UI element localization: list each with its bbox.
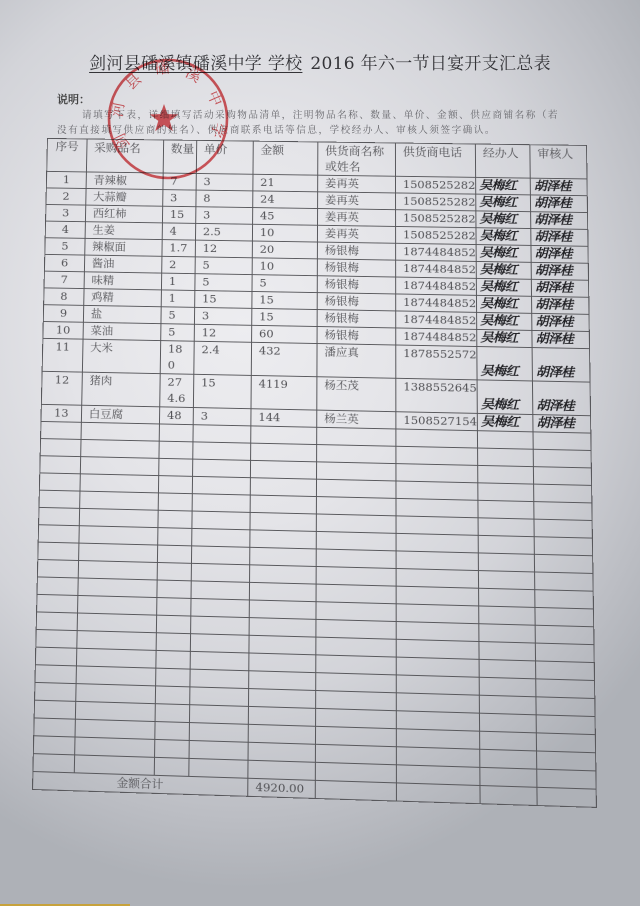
empty-cell <box>316 708 397 728</box>
empty-cell <box>40 439 81 457</box>
amount: 10 <box>252 224 317 242</box>
empty-cell <box>159 441 193 459</box>
supplier-name: 杨银梅 <box>317 327 396 345</box>
empty-cell <box>80 474 159 493</box>
supplier-phone: 13885526450 <box>396 378 477 413</box>
empty-cell <box>535 643 594 663</box>
quantity: 1.7 <box>162 240 196 257</box>
unit-price: 3 <box>196 173 253 190</box>
reviewer-signature: 胡泽桂 <box>530 195 587 213</box>
quantity: 7 <box>163 173 196 190</box>
supplier-name: 杨丕茂 <box>317 377 396 412</box>
empty-cell <box>77 613 156 633</box>
empty-cell <box>250 565 317 584</box>
supplier-phone: 18744848522 <box>396 277 477 295</box>
empty-cell <box>396 464 478 483</box>
empty-cell <box>192 476 250 495</box>
empty-cell <box>35 665 76 684</box>
empty-cell <box>79 543 158 562</box>
item-name: 味精 <box>84 272 162 290</box>
empty-cell <box>191 563 249 582</box>
reviewer-signature: 胡泽桂 <box>531 229 588 247</box>
supplier-phone: 18744848522 <box>396 311 477 329</box>
reviewer-signature: 胡泽桂 <box>531 212 588 230</box>
empty-cell <box>316 584 396 604</box>
unit-price: 12 <box>195 240 252 258</box>
row-number: 7 <box>44 271 84 288</box>
unit-price: 2.4 <box>194 341 252 375</box>
amount: 10 <box>252 258 317 276</box>
empty-cell <box>39 490 80 508</box>
empty-cell <box>189 723 248 743</box>
amount: 60 <box>252 325 318 343</box>
amount: 24 <box>253 191 318 209</box>
item-name: 青辣椒 <box>86 172 163 190</box>
empty-cell <box>479 588 535 607</box>
empty-cell <box>316 514 396 533</box>
empty-cell <box>396 783 480 804</box>
empty-cell <box>154 757 189 776</box>
empty-cell <box>157 580 191 598</box>
item-name: 菜油 <box>83 322 161 340</box>
empty-cell <box>480 767 537 787</box>
empty-cell <box>396 498 478 517</box>
empty-cell <box>536 715 595 735</box>
unit-price: 3 <box>196 207 253 225</box>
empty-cell <box>193 442 251 461</box>
empty-cell <box>190 669 249 688</box>
empty-cell <box>479 642 536 661</box>
empty-cell <box>534 537 592 556</box>
amount: 15 <box>252 308 317 326</box>
supplier-phone: 18744848522 <box>396 243 477 261</box>
row-number: 9 <box>43 305 83 323</box>
empty-cell <box>396 533 478 553</box>
unit-price: 2.5 <box>195 223 252 241</box>
empty-cell <box>537 769 596 789</box>
item-name: 大米 <box>82 339 160 373</box>
empty-cell <box>189 705 248 725</box>
unit-price: 5 <box>195 257 252 275</box>
empty-cell <box>249 653 316 673</box>
item-name: 辣椒面 <box>85 238 162 256</box>
empty-cell <box>192 494 250 513</box>
empty-cell <box>249 618 316 637</box>
row-number: 10 <box>43 322 84 340</box>
empty-cell <box>33 736 75 755</box>
empty-cell <box>316 619 396 639</box>
empty-cell <box>36 612 77 631</box>
empty-cell <box>189 740 248 760</box>
empty-cell <box>158 528 192 546</box>
empty-cell <box>396 429 478 448</box>
empty-cell <box>316 673 397 693</box>
empty-cell <box>478 448 534 467</box>
notes-line: 请填写下表，详细填写活动采购物品清单，注明物品名称、数量、单价、金额、供应商铺名… <box>82 107 559 121</box>
empty-cell <box>478 483 534 502</box>
empty-cell <box>536 661 595 681</box>
empty-cell <box>396 516 478 535</box>
report-title: 2016 年六一节日宴开支汇总表 <box>310 54 550 74</box>
quantity: 1 <box>161 273 195 290</box>
empty-cell <box>534 502 592 521</box>
item-name: 大蒜瓣 <box>86 188 163 206</box>
empty-cell <box>155 704 190 723</box>
supplier-name: 姜再英 <box>317 225 395 243</box>
supplier-name: 姜再英 <box>318 192 396 210</box>
empty-cell <box>396 446 478 465</box>
empty-cell <box>536 697 595 717</box>
supplier-phone: 15085252823 <box>396 193 476 211</box>
column-header-unit-price: 单价 <box>196 140 253 174</box>
reviewer-signature: 胡泽桂 <box>531 245 588 263</box>
empty-cell <box>156 633 190 652</box>
handler-signature: 吴梅红 <box>477 312 532 330</box>
empty-cell <box>156 650 191 669</box>
handler-signature: 吴梅红 <box>477 329 532 347</box>
empty-cell <box>316 549 396 569</box>
empty-cell <box>317 427 396 446</box>
empty-cell <box>39 507 80 525</box>
empty-cell <box>81 422 159 441</box>
empty-cell <box>193 459 251 478</box>
handler-signature: 吴梅红 <box>477 380 533 415</box>
empty-cell <box>478 571 534 590</box>
empty-cell <box>193 425 251 443</box>
empty-cell <box>191 616 250 635</box>
quantity: 1 <box>161 290 195 307</box>
empty-cell <box>479 624 536 643</box>
supplier-name: 杨银梅 <box>317 310 396 328</box>
empty-cell <box>35 647 76 666</box>
empty-cell <box>316 655 397 675</box>
empty-cell <box>33 754 75 773</box>
quantity: 274.6 <box>160 374 194 408</box>
empty-cell <box>250 512 316 531</box>
row-number: 8 <box>44 288 84 306</box>
column-header-amount: 金额 <box>253 141 318 175</box>
quantity: 3 <box>163 190 196 207</box>
unit-price: 15 <box>195 290 252 308</box>
row-number: 3 <box>46 204 86 221</box>
empty-cell <box>250 478 316 497</box>
empty-cell <box>534 484 592 503</box>
row-number: 6 <box>44 254 84 271</box>
empty-cell <box>81 439 160 458</box>
handler-signature: 吴梅红 <box>476 278 531 296</box>
empty-cell <box>251 443 317 462</box>
handler-signature: 吴梅红 <box>476 194 531 212</box>
empty-cell <box>248 760 316 780</box>
unit-price: 3 <box>194 307 251 325</box>
empty-cell <box>316 497 396 516</box>
empty-cell <box>77 631 157 651</box>
reviewer-signature: 胡泽桂 <box>530 178 587 196</box>
empty-cell <box>75 701 155 721</box>
empty-cell <box>478 500 534 519</box>
handler-signature: 吴梅红 <box>476 295 531 313</box>
amount: 144 <box>251 409 317 428</box>
empty-cell <box>533 467 591 486</box>
empty-cell <box>37 577 78 596</box>
empty-cell <box>155 686 190 705</box>
empty-cell <box>248 724 315 744</box>
empty-cell <box>157 545 191 563</box>
column-header-supplier-name: 供货商名称或姓名 <box>318 142 396 176</box>
item-name: 盐 <box>83 305 161 323</box>
supplier-phone: 18744848522 <box>396 328 477 347</box>
quantity: 48 <box>159 407 193 425</box>
empty-cell <box>534 519 592 538</box>
notes-line: 没有直接填写供应商的姓名）、供应商联系电话等信息，学校经办人、审核人须签字确认。 <box>57 122 496 136</box>
reviewer-signature: 胡泽桂 <box>531 279 588 297</box>
handler-signature: 吴梅红 <box>477 413 533 431</box>
empty-cell <box>248 706 315 726</box>
column-header-item-name: 采购品名 <box>86 139 163 173</box>
notes-label: 说明： <box>57 91 90 107</box>
unit-price: 12 <box>194 324 251 342</box>
handler-signature: 吴梅红 <box>476 228 531 246</box>
quantity: 5 <box>161 307 195 325</box>
supplier-name: 杨银梅 <box>317 242 395 260</box>
empty-cell <box>40 456 81 474</box>
quantity: 2 <box>162 256 196 273</box>
empty-cell <box>157 598 191 616</box>
empty-cell <box>250 530 316 549</box>
empty-cell <box>478 465 534 484</box>
empty-cell <box>537 787 596 807</box>
empty-cell <box>35 682 77 701</box>
empty-cell <box>158 493 192 511</box>
empty-cell <box>396 639 479 659</box>
row-number: 12 <box>41 371 82 405</box>
amount: 432 <box>251 342 317 376</box>
amount: 21 <box>253 174 318 192</box>
empty-cell <box>396 568 478 588</box>
empty-cell <box>480 749 537 769</box>
supplier-name: 姜再英 <box>318 175 396 193</box>
empty-cell <box>315 780 396 801</box>
empty-cell <box>190 687 249 707</box>
empty-cell <box>156 668 191 687</box>
empty-cell <box>78 595 157 615</box>
empty-cell <box>396 657 479 677</box>
unit-price: 3 <box>193 408 251 426</box>
unit-price: 8 <box>196 190 253 207</box>
supplier-phone: 15085252823 <box>396 210 476 228</box>
supplier-phone: 18744848522 <box>396 260 477 278</box>
handler-signature: 吴梅红 <box>476 211 531 229</box>
empty-cell <box>159 458 193 476</box>
reviewer-signature: 胡泽桂 <box>532 296 590 314</box>
row-number: 2 <box>46 188 86 205</box>
item-name: 白豆腐 <box>81 405 159 424</box>
quantity: 5 <box>161 324 195 342</box>
quantity: 15 <box>162 206 195 223</box>
empty-cell <box>157 562 191 580</box>
empty-cell <box>479 695 536 715</box>
row-number: 13 <box>41 404 82 422</box>
item-name: 猪肉 <box>82 372 160 407</box>
empty-cell <box>249 600 316 619</box>
empty-cell <box>316 637 396 657</box>
empty-cell <box>38 525 79 543</box>
empty-cell <box>478 535 534 554</box>
supplier-phone: 15085271540 <box>396 412 478 431</box>
column-header-quantity: 数量 <box>163 140 197 174</box>
supplier-phone: 15085252823 <box>395 176 475 194</box>
empty-cell <box>396 622 479 642</box>
empty-cell <box>533 449 591 468</box>
supplier-name: 杨银梅 <box>317 293 396 311</box>
empty-cell <box>479 677 536 697</box>
reviewer-signature: 胡泽桂 <box>533 415 591 434</box>
empty-cell <box>159 424 193 442</box>
column-header-row-number: 序号 <box>47 138 87 171</box>
empty-cell <box>76 648 156 668</box>
column-header-handler-signature: 经办人 <box>475 144 530 178</box>
unit-price: 5 <box>195 274 252 292</box>
empty-cell <box>78 561 157 580</box>
amount: 15 <box>252 291 317 309</box>
empty-cell <box>316 602 396 622</box>
reviewer-signature: 胡泽桂 <box>531 262 588 280</box>
empty-cell <box>249 582 316 601</box>
empty-cell <box>535 625 594 644</box>
empty-cell <box>479 713 536 733</box>
empty-cell <box>76 684 156 704</box>
supplier-phone: 18744848522 <box>396 294 477 312</box>
supplier-phone: 18785525724 <box>396 345 477 380</box>
empty-cell <box>36 629 77 648</box>
page-title: 剑河县磻溪镇磻溪中学 学校2016 年六一节日宴开支汇总表 <box>0 49 640 74</box>
empty-cell <box>250 495 316 514</box>
empty-cell <box>34 700 76 719</box>
empty-cell <box>191 581 250 600</box>
empty-cell <box>479 606 535 625</box>
empty-cell <box>396 481 478 500</box>
expense-table: 序号采购品名数量单价金额供货商名称或姓名供货商电话经办人审核人 1青辣椒7321… <box>32 138 597 808</box>
empty-cell <box>536 679 595 699</box>
row-number: 5 <box>45 238 85 255</box>
empty-cell <box>536 733 595 753</box>
empty-cell <box>250 460 316 479</box>
row-number: 4 <box>45 221 85 238</box>
empty-cell <box>535 607 594 626</box>
empty-cell <box>191 598 250 617</box>
handler-signature: 吴梅红 <box>476 245 531 263</box>
empty-cell <box>158 476 192 494</box>
empty-cell <box>39 473 80 491</box>
empty-cell <box>316 479 396 498</box>
empty-cell <box>37 559 78 577</box>
empty-cell <box>396 604 479 624</box>
empty-cell <box>396 586 479 606</box>
amount: 4119 <box>251 375 317 410</box>
empty-cell <box>396 551 478 571</box>
quantity: 4 <box>162 223 196 240</box>
handler-signature: 吴梅红 <box>477 347 533 381</box>
empty-cell <box>78 578 157 598</box>
empty-cell <box>190 634 249 653</box>
empty-cell <box>189 758 248 778</box>
supplier-name: 杨兰英 <box>317 410 396 429</box>
supplier-name: 姜再英 <box>318 209 396 227</box>
quantity: 180 <box>160 341 194 375</box>
empty-cell <box>248 742 315 762</box>
empty-cell <box>80 491 159 510</box>
empty-cell <box>534 554 593 573</box>
supplier-name: 杨银梅 <box>317 276 395 294</box>
expense-table-wrap: 序号采购品名数量单价金额供货商名称或姓名供货商电话经办人审核人 1青辣椒7321… <box>32 138 597 808</box>
supplier-phone: 15085252823 <box>396 226 477 244</box>
item-name: 酱油 <box>84 255 162 273</box>
empty-cell <box>478 553 534 572</box>
column-header-reviewer-signature: 审核人 <box>530 145 587 179</box>
amount: 45 <box>253 208 318 226</box>
item-name: 生姜 <box>85 222 162 240</box>
empty-cell <box>249 635 316 655</box>
empty-cell <box>250 547 317 566</box>
empty-cell <box>79 508 158 527</box>
empty-cell <box>316 531 396 550</box>
empty-cell <box>191 546 249 565</box>
total-amount: 4920.00 <box>248 778 316 798</box>
row-number: 11 <box>42 338 83 372</box>
empty-cell <box>79 526 158 545</box>
empty-cell <box>156 615 190 634</box>
empty-cell <box>155 739 190 758</box>
empty-cell <box>155 722 190 741</box>
supplier-name: 潘应真 <box>317 344 396 379</box>
empty-cell <box>533 432 591 451</box>
school-name: 剑河县磻溪镇磻溪中学 学校 <box>89 54 302 74</box>
item-name: 西红柿 <box>85 205 162 223</box>
item-name: 鸡精 <box>84 289 162 307</box>
empty-cell <box>76 666 156 686</box>
empty-cell <box>480 786 537 806</box>
reviewer-signature: 胡泽桂 <box>532 330 590 348</box>
empty-cell <box>478 518 534 537</box>
empty-cell <box>158 510 192 528</box>
empty-cell <box>479 659 536 678</box>
empty-cell <box>477 431 533 450</box>
empty-cell <box>34 718 76 737</box>
document-page: 剑河县磻溪镇磻溪中学 学校2016 年六一节日宴开支汇总表 说明： 请填写下表，… <box>0 0 640 906</box>
reviewer-signature: 胡泽桂 <box>532 348 590 383</box>
row-number: 1 <box>46 171 86 188</box>
amount: 20 <box>252 241 317 259</box>
empty-cell <box>38 542 79 560</box>
empty-cell <box>37 594 78 613</box>
handler-signature: 吴梅红 <box>476 177 531 195</box>
empty-cell <box>396 675 479 695</box>
empty-cell <box>248 689 315 709</box>
empty-cell <box>41 421 82 439</box>
reviewer-signature: 胡泽桂 <box>532 381 590 416</box>
empty-cell <box>317 462 396 481</box>
empty-cell <box>192 511 250 530</box>
column-header-supplier-phone: 供货商电话 <box>395 143 475 177</box>
reviewer-signature: 胡泽桂 <box>532 313 590 331</box>
amount: 5 <box>252 275 317 293</box>
supplier-name: 杨银梅 <box>317 259 395 277</box>
handler-signature: 吴梅红 <box>476 261 531 279</box>
empty-cell <box>537 751 596 771</box>
empty-cell <box>317 445 396 464</box>
empty-cell <box>316 566 396 586</box>
empty-cell <box>251 426 317 445</box>
